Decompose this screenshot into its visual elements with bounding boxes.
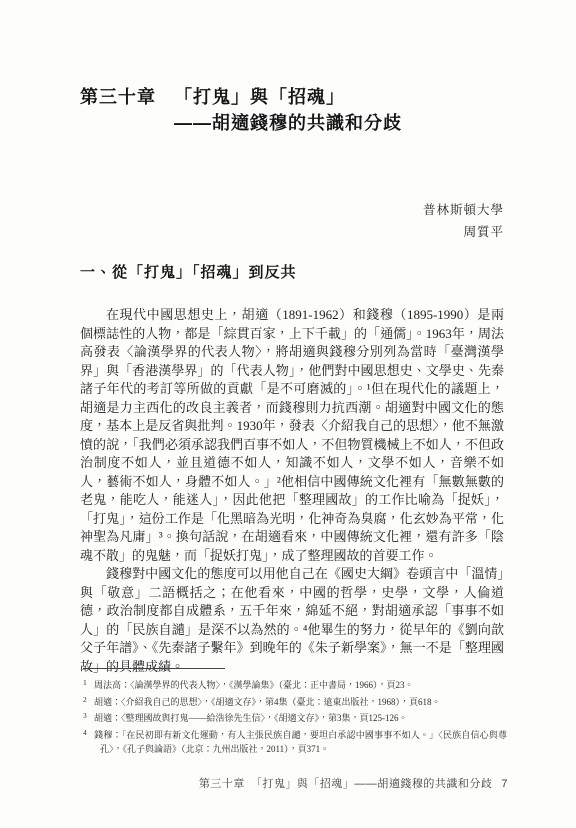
- footnote-marker: 1: [83, 676, 94, 691]
- footnote-item: 1周法高：〈論漢學界的代表人物〉，《漢學論集》（臺北：正中書局，1966），頁2…: [83, 676, 507, 693]
- author-name: 周質平: [80, 221, 504, 243]
- body-paragraph: 在現代中國思想史上，胡適（1891-1962）和錢穆（1895-1990）是兩個…: [80, 306, 504, 565]
- footnote-item: 4錢穆：「在民初即有新文化運動，有人主張民族自譴，要坦白承認中國事事不如人。」〈…: [83, 726, 507, 757]
- author-block: 普林斯頓大學 周質平: [80, 199, 504, 243]
- author-affiliation: 普林斯頓大學: [80, 199, 504, 221]
- body-paragraph: 錢穆對中國文化的態度可以用他自己在《國史大綱》卷頭言中「溫情」與「敬意」二語概括…: [80, 565, 504, 676]
- footnote-item: 3胡適：〈整理國故與打鬼——給浩徐先生信〉，《胡適文存》，第3集，頁125-12…: [83, 709, 507, 726]
- footer-running-title: 第三十章 「打鬼」與「招魂」——胡適錢穆的共識和分歧: [199, 778, 493, 790]
- chapter-title-line2: ——胡適錢穆的共識和分歧: [174, 110, 402, 136]
- footnote-text: 胡適：〈介紹我自己的思想〉，《胡適文存》，第4集（臺北：遠東出版社，1968），…: [94, 697, 441, 707]
- footnote-separator: [83, 668, 225, 669]
- footnote-marker: 2: [83, 693, 94, 708]
- body-text: 在現代中國思想史上，胡適（1891-1962）和錢穆（1895-1990）是兩個…: [80, 306, 504, 676]
- chapter-number: 第三十章: [80, 84, 156, 110]
- footnote-marker: 4: [83, 726, 94, 741]
- chapter-title-line1: 「打鬼」與「招魂」: [174, 84, 402, 110]
- footnote-text: 周法高：〈論漢學界的代表人物〉，《漢學論集》（臺北：正中書局，1966），頁23…: [94, 680, 414, 690]
- footnote-marker: 3: [83, 709, 94, 724]
- section-heading: 一、從「打鬼」「招魂」到反共: [80, 263, 297, 283]
- footnote-text: 錢穆：「在民初即有新文化運動，有人主張民族自譴，要坦白承認中國事事不如人。」〈民…: [94, 730, 507, 755]
- chapter-title-main: 「打鬼」與「招魂」 ——胡適錢穆的共識和分歧: [174, 84, 402, 136]
- chapter-title: 第三十章 「打鬼」與「招魂」 ——胡適錢穆的共識和分歧: [80, 84, 402, 136]
- footnote-text: 胡適：〈整理國故與打鬼——給浩徐先生信〉，《胡適文存》，第3集，頁125-126…: [94, 713, 408, 723]
- footnote-item: 2胡適：〈介紹我自己的思想〉，《胡適文存》，第4集（臺北：遠東出版社，1968）…: [83, 693, 507, 710]
- footnotes: 1周法高：〈論漢學界的代表人物〉，《漢學論集》（臺北：正中書局，1966），頁2…: [83, 676, 507, 757]
- footer-page-number: 7: [501, 778, 508, 790]
- document-page: 第三十章 「打鬼」與「招魂」 ——胡適錢穆的共識和分歧 普林斯頓大學 周質平 一…: [0, 0, 576, 828]
- page-footer: 第三十章 「打鬼」與「招魂」——胡適錢穆的共識和分歧7: [80, 776, 508, 792]
